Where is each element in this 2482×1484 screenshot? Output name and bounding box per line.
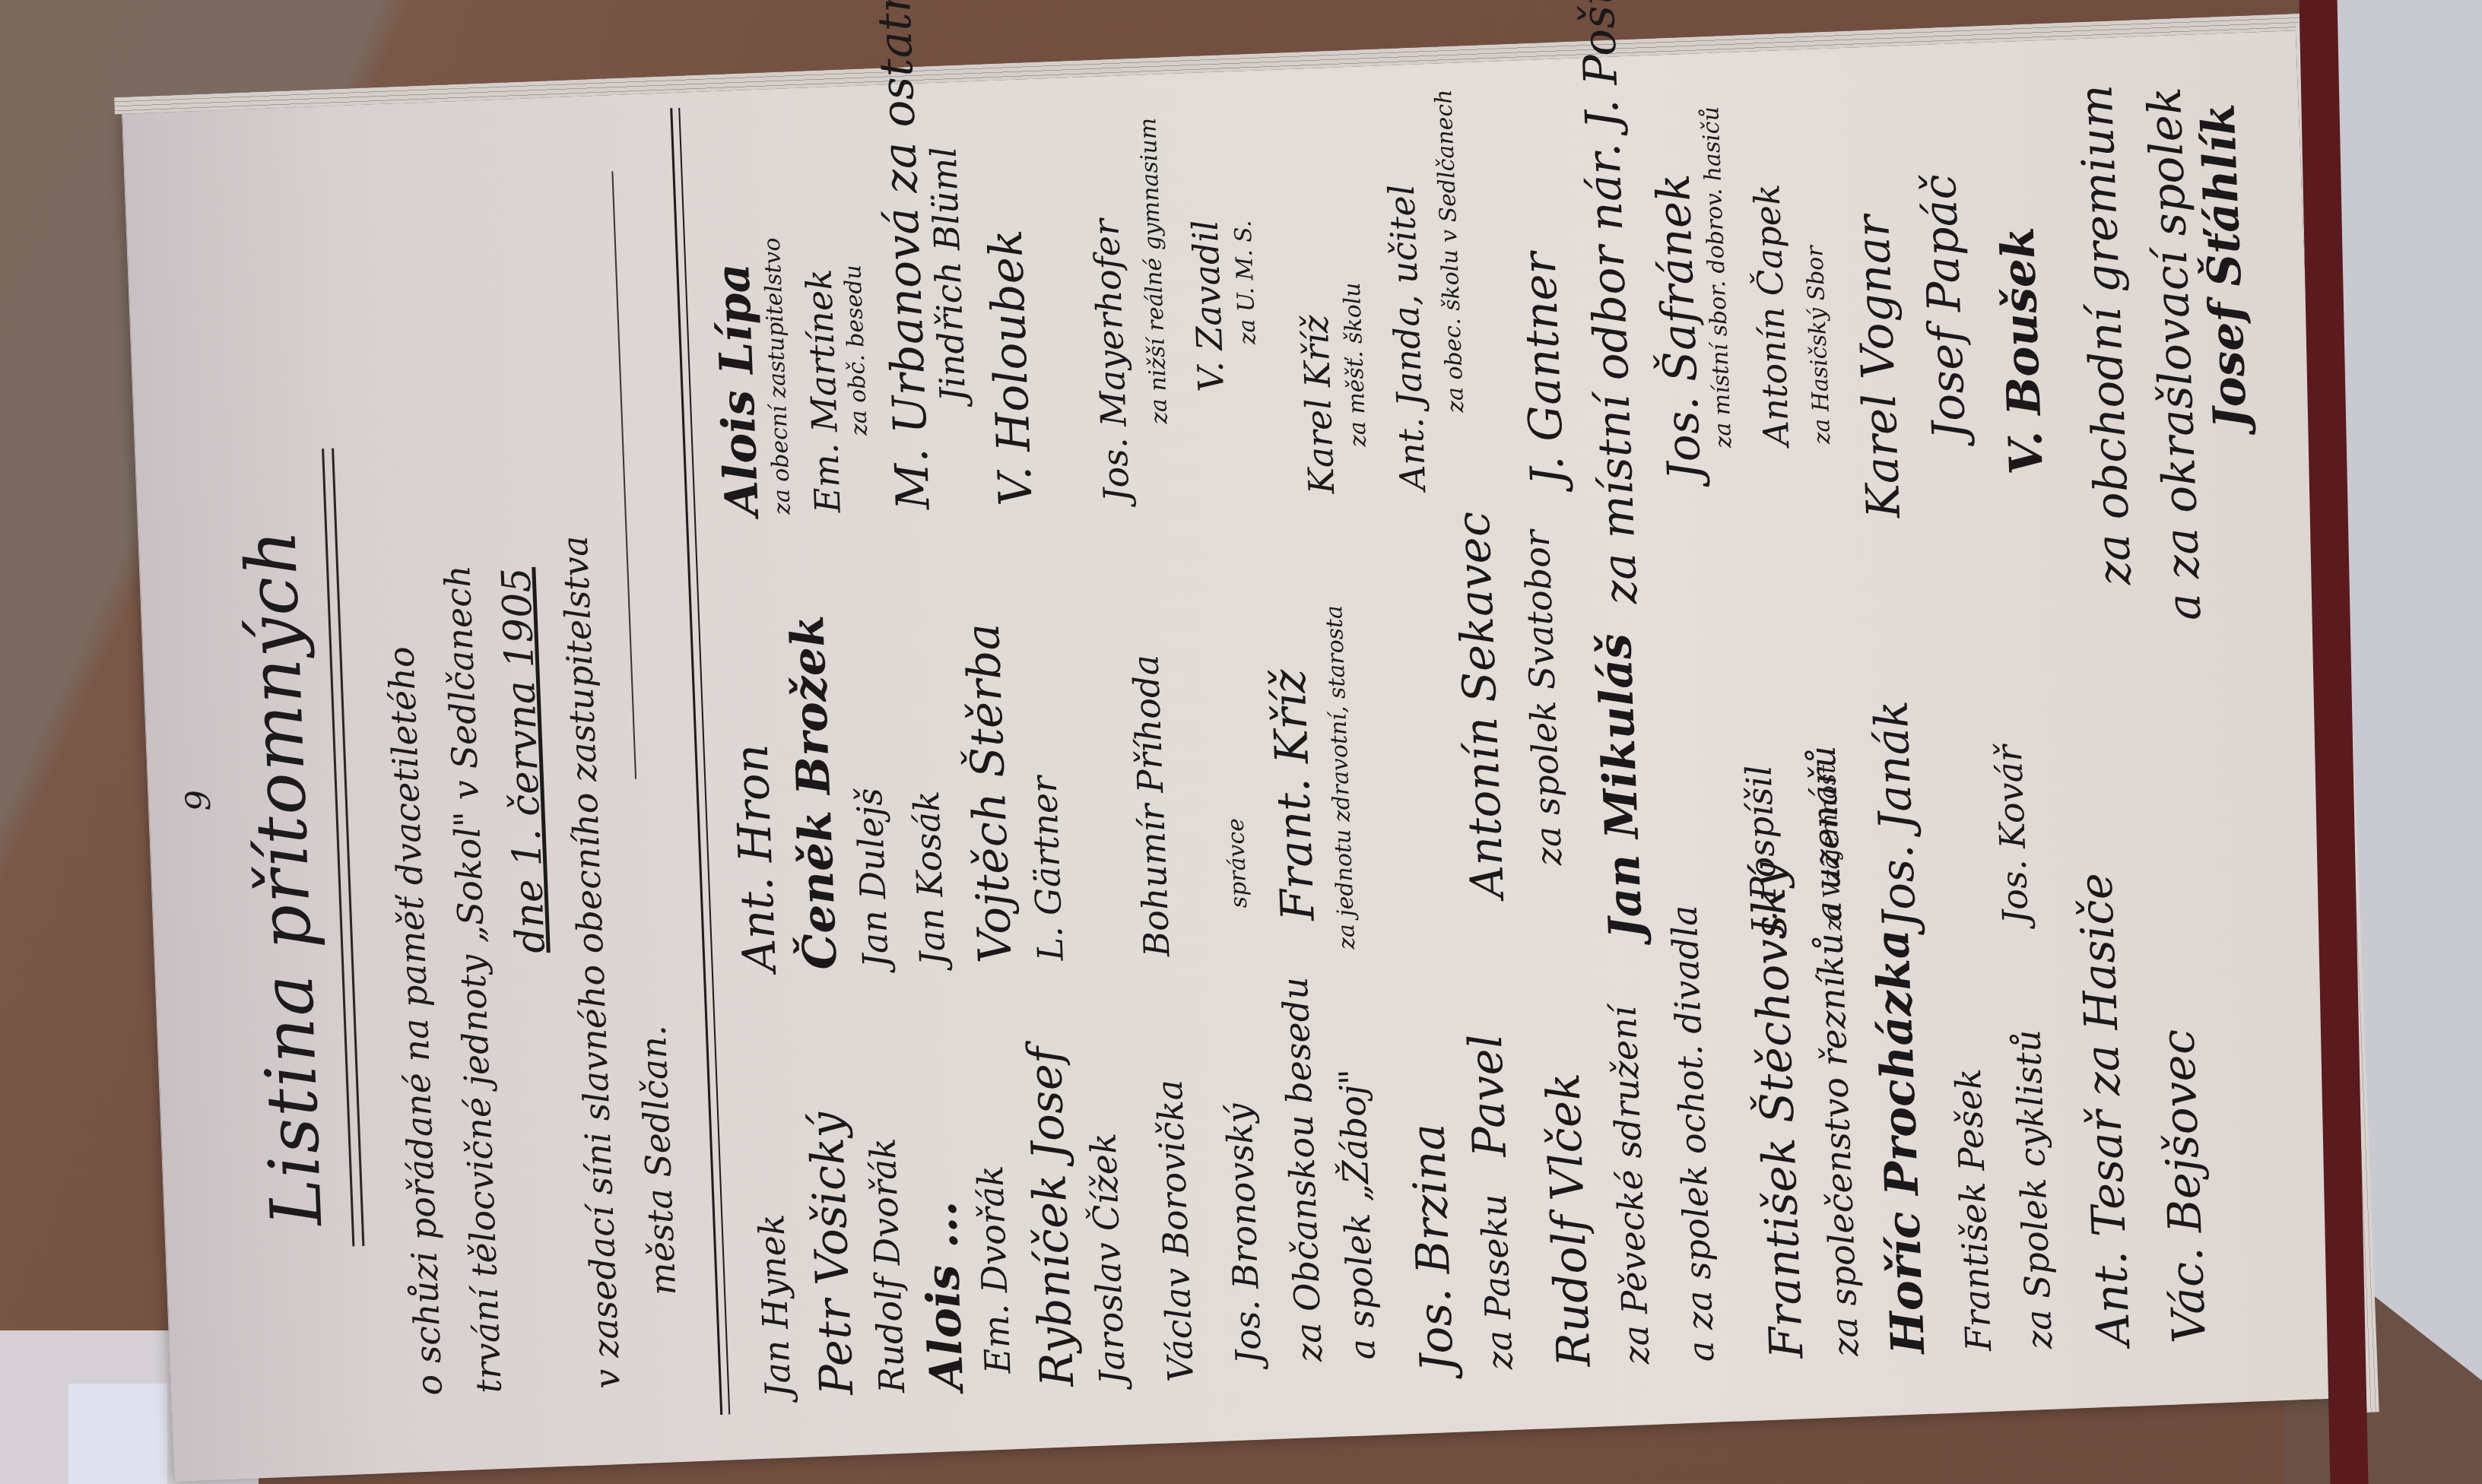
signature: Rudolf Dvořák — [862, 1137, 912, 1394]
signature-note: správce — [1223, 817, 1253, 908]
signature: Bohumír Příhoda — [1125, 654, 1177, 957]
signature: Alois ... — [914, 1200, 975, 1392]
signature-note: za Občanskou besedu — [1274, 976, 1330, 1362]
signature: Ant. Janda, učitel — [1381, 184, 1433, 491]
header-paragraph: o schůzi pořádané na paměť dvacetiletého… — [351, 124, 696, 1397]
signature: František Pešek — [1947, 1067, 1999, 1352]
signature: Antonín Čapek — [1746, 183, 1797, 447]
signature: Jan Hynek — [751, 1213, 798, 1398]
signature-note: za místní odbor nár. J. Pošumavské — [1564, 0, 1648, 605]
signature: Čeněk Brožek — [781, 614, 848, 971]
signature: Josef Šťáhlík — [2192, 103, 2258, 430]
signature: L. Gärtner — [1023, 775, 1071, 962]
signature: Karel Kříž — [1294, 314, 1342, 495]
signature: Josef Papáč — [1913, 173, 1976, 440]
signature: Jindřich Blüml — [922, 146, 973, 402]
signature-note: a za spolek ochot. divadla — [1663, 905, 1722, 1363]
signature: V. Boušek — [1992, 226, 2054, 475]
signature: Jos. Janák — [1865, 699, 1926, 929]
signature: Antonín Sekavec — [1446, 510, 1515, 899]
signature: Rudolf Vlček — [1537, 1072, 1601, 1368]
signature: Jaroslav Čížek — [1082, 1132, 1133, 1385]
signature: J. Pospíšil — [1738, 764, 1785, 934]
signature-note: za jednotu zdravotní, starosta — [1321, 604, 1360, 950]
signature: Jos. Bronovský — [1218, 1102, 1269, 1365]
signature: Jos. Kovář — [1988, 744, 2036, 924]
signature: J. Gantner — [1512, 251, 1575, 486]
signature-list: Jan Hynek Ant. Hron Alois Lípa za obecní… — [708, 47, 2315, 1398]
signature: Jan Kosák — [906, 790, 954, 966]
signature: V. Zavadil — [1184, 219, 1232, 392]
signature-note: za Hasičský Sbor — [1801, 246, 1836, 445]
signature: Rybníček Josef — [1018, 1045, 1084, 1387]
signature-note: za spolek Svatobor — [1516, 529, 1569, 866]
ledger-page: 9 Listina přítomných o schůzi pořádané n… — [122, 30, 2348, 1482]
signature: Em. Dvořák — [970, 1165, 1018, 1375]
page-number: 9 — [179, 789, 218, 812]
signature: Jos. Mayerhofer — [1085, 218, 1137, 503]
signature-note: a spolek „Žáboj" — [1331, 1068, 1383, 1361]
signature: Jos. Brzina — [1401, 1123, 1465, 1374]
signature: Jan Mikuláš — [1589, 633, 1653, 940]
signature: Václav Borovička — [1149, 1079, 1201, 1383]
signature-note: za Spolek cyklistů — [2007, 1029, 2060, 1350]
signature-note: za Pěvecké sdružení — [1603, 1005, 1658, 1365]
signature: Pavel — [1459, 1033, 1517, 1159]
loose-paper — [68, 1384, 167, 1484]
signature: V. Holoubek — [979, 228, 1043, 506]
signature: František Štěchovský — [1741, 861, 1814, 1359]
signature-note: za Paseku — [1473, 1194, 1521, 1371]
signature: Jan Dulejš — [849, 787, 897, 968]
signature-note: za U. M. S. — [1230, 220, 1261, 345]
signature: Ant. Hron — [725, 743, 786, 972]
signature: Vojtěch Štěrba — [957, 623, 1023, 964]
signature: Hoříc Procházka — [1866, 928, 1935, 1355]
signature-note: za nižší reálné gymnasium — [1135, 117, 1173, 424]
signature: Karel Vognar — [1846, 214, 1911, 519]
page-content: 9 Listina přítomných o schůzi pořádané n… — [122, 30, 2348, 1481]
signature: Ant. Tesař za Hasiče — [2069, 872, 2141, 1347]
page-title: Listina přítomných — [230, 527, 338, 1227]
signature: Petr Vošický — [800, 1111, 864, 1396]
signature-note: za měšť. školu — [1339, 282, 1372, 448]
signature: Frant. Kříž — [1262, 668, 1325, 922]
signature: Alois Lípa — [706, 262, 770, 517]
signature-note: za obč. besedu — [839, 265, 873, 436]
signature-note: za obec. školu v Sedlčanech — [1430, 89, 1469, 414]
signature-note: za obchodní gremium — [2069, 84, 2141, 586]
signature: Vác. Bejšovec — [2151, 1028, 2217, 1344]
